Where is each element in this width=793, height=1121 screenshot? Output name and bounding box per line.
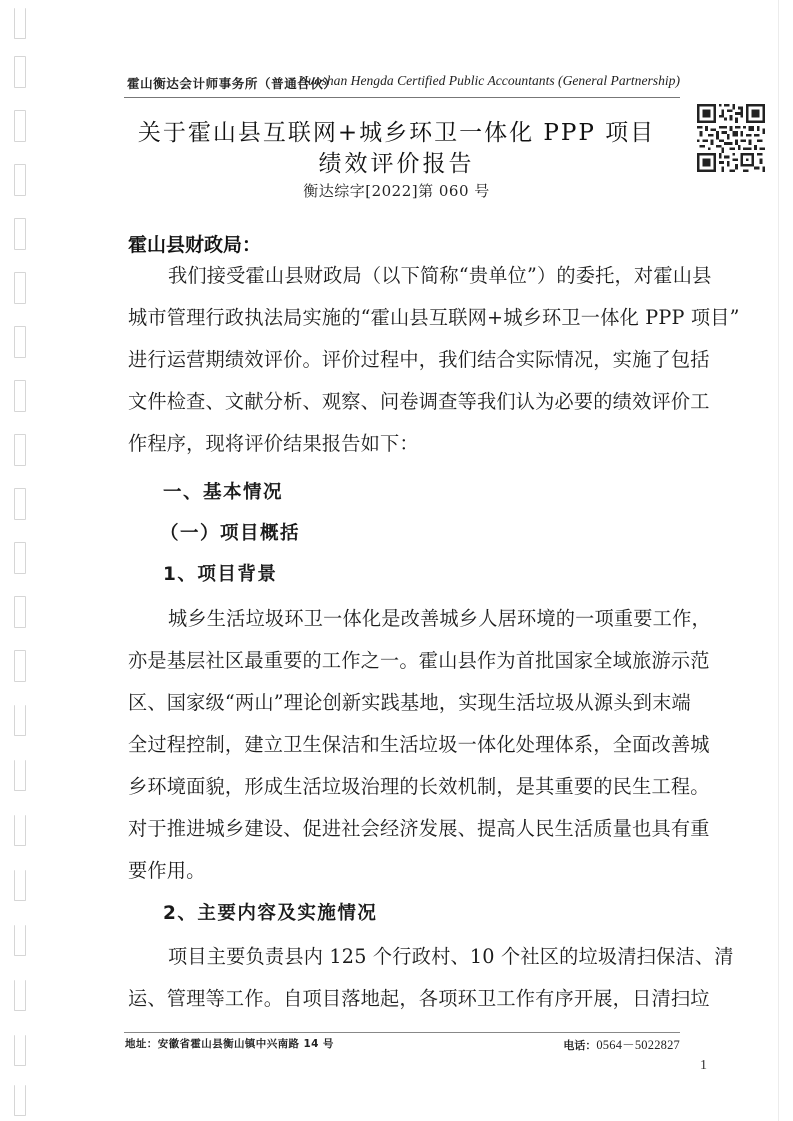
binding-mark [14, 650, 26, 682]
report-title-line-2: 绩效评价报告 [0, 145, 793, 178]
binding-mark [14, 326, 26, 358]
binding-mark [14, 56, 26, 88]
content-line: 运、管理等工作。自项目落地起，各项环卫工作有序开展，日清扫垃 [128, 987, 680, 1011]
intro-line: 进行运营期绩效评价。评价过程中，我们结合实际情况，实施了包括 [128, 348, 680, 372]
phone-label: 电话： [563, 1039, 596, 1052]
background-line: 对于推进城乡建设、促进社会经济发展、提高人民生活质量也具有重 [128, 817, 680, 841]
binding-mark [14, 542, 26, 574]
binding-mark [14, 272, 26, 304]
footer-phone: 电话：0564－5022827 [563, 1035, 680, 1053]
header-divider [124, 97, 680, 98]
binding-mark [14, 980, 26, 1011]
intro-line: 作程序，现将评价结果报告如下： [128, 432, 680, 456]
background-line: 乡环境面貌，形成生活垃圾治理的长效机制，是其重要的民生工程。 [128, 775, 680, 799]
firm-name-en: Huoshan Hengda Certified Public Accounta… [298, 73, 680, 89]
page-number: 1 [700, 1058, 707, 1074]
background-line: 亦是基层社区最重要的工作之一。霍山县作为首批国家全域旅游示范 [128, 649, 680, 673]
binding-mark [14, 596, 26, 628]
binding-mark [14, 488, 26, 520]
binding-mark [14, 815, 26, 846]
background-line: 全过程控制，建立卫生保洁和生活垃圾一体化处理体系，全面改善城 [128, 733, 680, 757]
intro-line: 文件检查、文献分析、观察、问卷调查等我们认为必要的绩效评价工 [128, 390, 680, 414]
binding-mark [14, 380, 26, 412]
binding-mark [14, 1035, 26, 1066]
salutation: 霍山县财政局： [128, 230, 261, 257]
letterhead: 霍山衡达会计师事务所（普通合伙） Huoshan Hengda Certifie… [124, 72, 680, 96]
binding-mark [14, 760, 26, 791]
item-heading: 2、主要内容及实施情况 [163, 902, 377, 926]
document-number: 衡达综字[2022]第 060 号 [0, 180, 793, 201]
content-line: 项目主要负责县内 125 个行政村、10 个社区的垃圾清扫保洁、清 [168, 945, 680, 969]
binding-mark [14, 1085, 26, 1116]
report-title-line-1: 关于霍山县互联网+城乡环卫一体化 PPP 项目 [0, 114, 793, 147]
binding-mark [14, 8, 26, 39]
binding-mark [14, 705, 26, 736]
binding-mark [14, 434, 26, 466]
section-heading: 一、基本情况 [163, 481, 283, 505]
item-heading: 1、项目背景 [163, 563, 277, 587]
binding-mark [14, 925, 26, 956]
phone-number: 0564－5022827 [596, 1038, 680, 1052]
binding-mark [14, 870, 26, 901]
intro-line: 城市管理行政执法局实施的“霍山县互联网+城乡环卫一体化 PPP 项目” [128, 306, 680, 330]
background-line: 城乡生活垃圾环卫一体化是改善城乡人居环境的一项重要工作， [168, 607, 680, 631]
background-line: 要作用。 [128, 859, 680, 883]
footer-address: 地址：安徽省霍山县衡山镇中兴南路 14 号 [125, 1036, 334, 1051]
footer-divider [124, 1032, 680, 1033]
background-line: 区、国家级“两山”理论创新实践基地，实现生活垃圾从源头到末端 [128, 691, 680, 715]
intro-line: 我们接受霍山县财政局（以下简称“贵单位”）的委托，对霍山县 [168, 264, 680, 288]
subsection-heading: （一）项目概括 [160, 522, 300, 546]
binding-mark [14, 218, 26, 250]
